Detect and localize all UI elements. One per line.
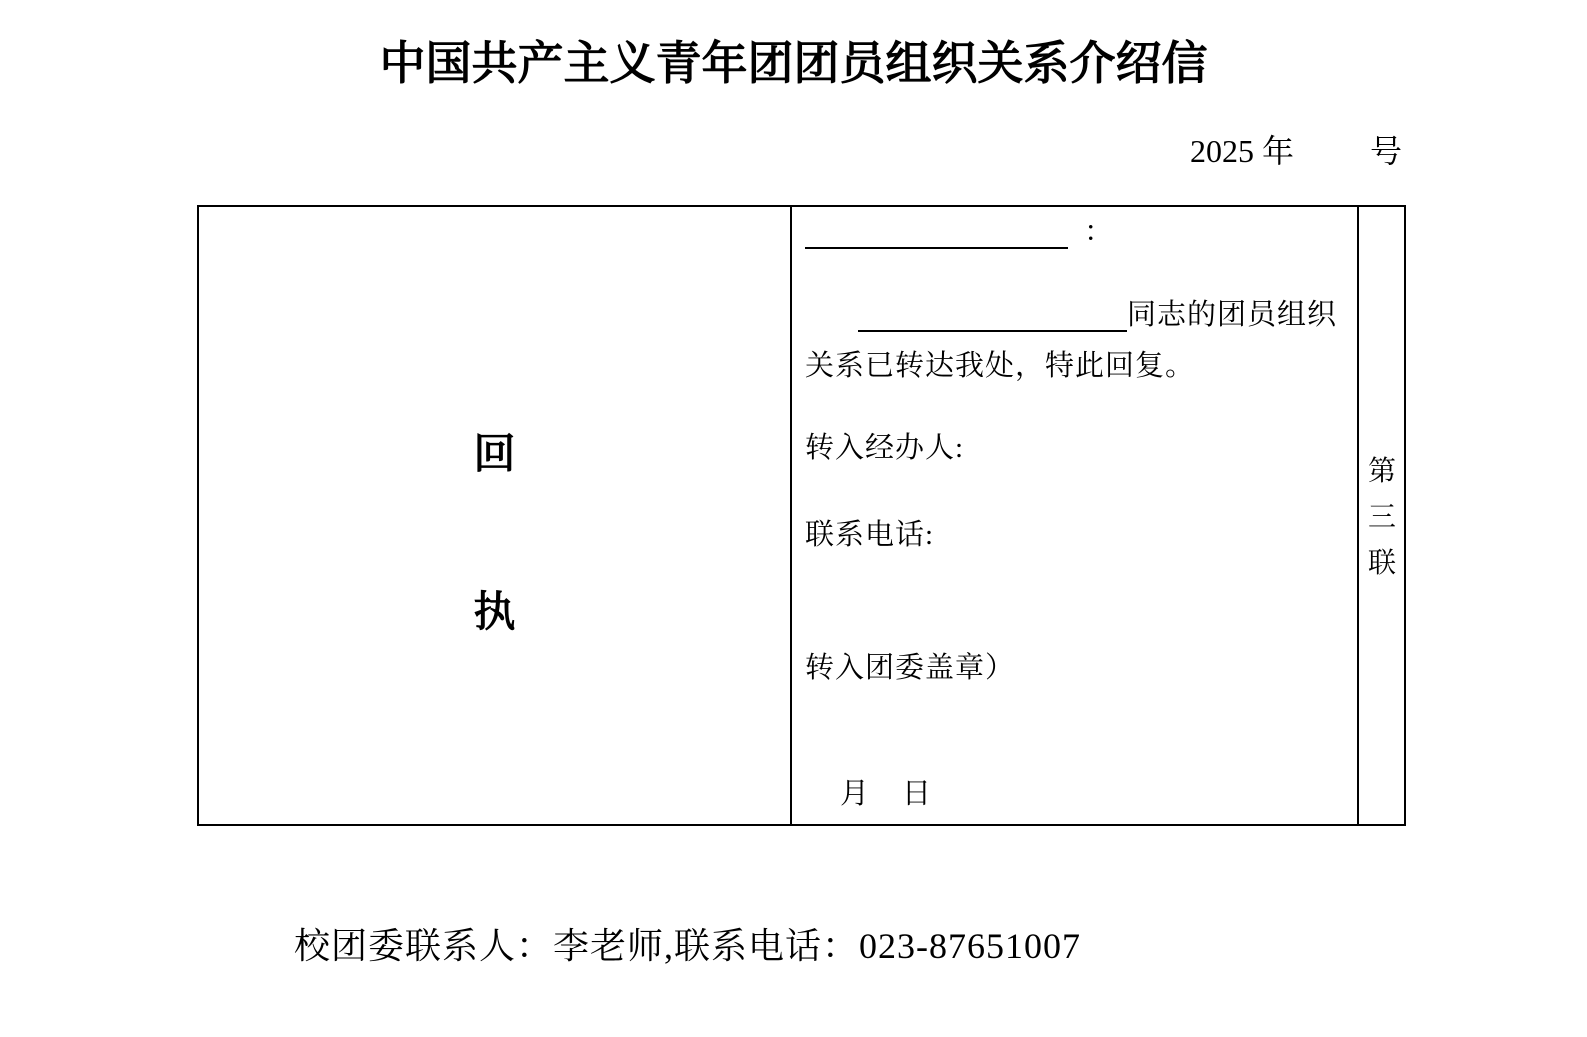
stub-char-zhi: 执 — [199, 591, 790, 633]
reply-body-text: 关系已转达我处，特此回复。 — [805, 351, 1195, 383]
copy-label-char-di: 第 — [1359, 458, 1405, 486]
salutation-blank-line — [805, 246, 1068, 249]
reply-body-line: 关系已转达我处，特此回复。 — [805, 351, 1195, 383]
member-suffix-text: 同志的团员组织 — [1127, 300, 1337, 332]
seal-label: 转入团委盖章） — [805, 653, 1015, 685]
letter-number-text: 号 — [1370, 135, 1402, 167]
phone-line: 联系电话: — [805, 520, 934, 552]
copy-label-char-san: 三 — [1359, 504, 1405, 532]
copy-label-column: 第 三 联 — [1359, 207, 1405, 824]
footer-contact-text: 校团委联系人：李老师,联系电话：023-87651007 — [294, 928, 1081, 964]
year-number-line: 2025 年 号 — [1190, 135, 1402, 167]
form-table: 回 执 ： 同志的团员组织 关系已转达我处，特此回复。 转入经办人: 联系电话:… — [197, 205, 1406, 826]
day-label: 日 — [902, 779, 932, 811]
member-name-blank-line — [858, 329, 1127, 332]
handler-line: 转入经办人: — [805, 433, 964, 465]
column-divider-1 — [790, 207, 792, 824]
document-page: 中国共产主义青年团团员组织关系介绍信 2025 年 号 回 执 ： 同志的团员组… — [0, 0, 1587, 1037]
year-text: 2025 年 — [1190, 135, 1294, 167]
phone-label: 联系电话: — [805, 520, 934, 552]
date-line: 月 日 — [840, 779, 932, 811]
salutation-line: ： — [805, 217, 1114, 249]
document-title: 中国共产主义青年团团员组织关系介绍信 — [0, 36, 1587, 91]
seal-line: 转入团委盖章） — [805, 653, 1015, 685]
stub-cell: 回 执 — [199, 207, 790, 824]
copy-label-char-lian: 联 — [1359, 550, 1405, 578]
member-name-line: 同志的团员组织 — [858, 300, 1337, 332]
handler-label: 转入经办人: — [805, 433, 964, 465]
month-label: 月 — [840, 779, 870, 811]
stub-char-hui: 回 — [199, 433, 790, 475]
salutation-colon: ： — [1084, 217, 1114, 249]
